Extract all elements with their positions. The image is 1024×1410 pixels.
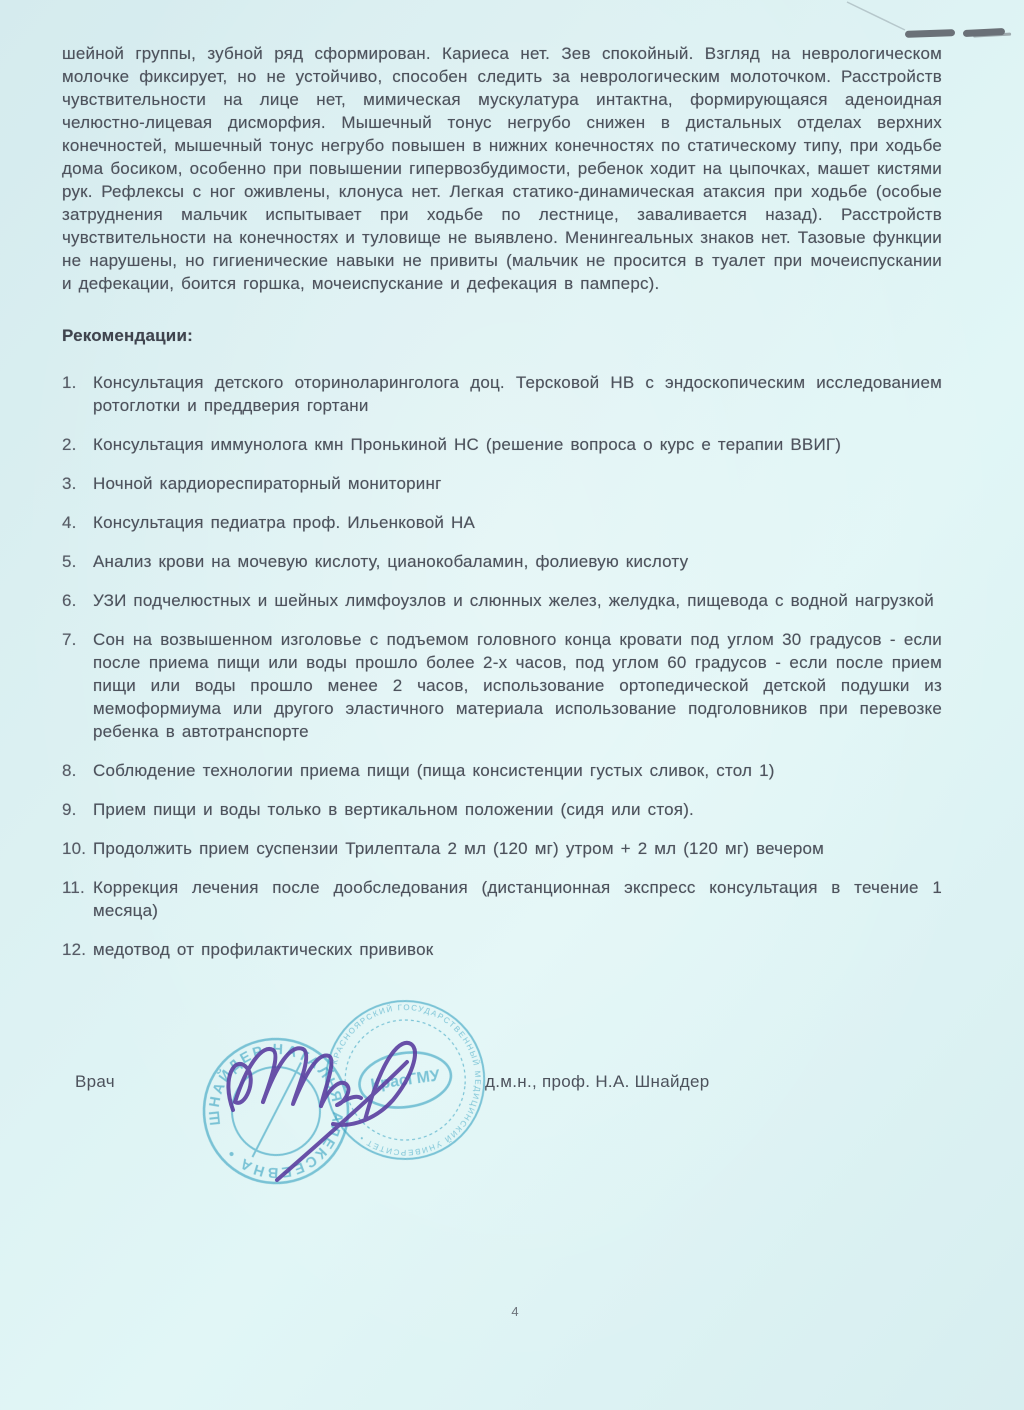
scan-scratch-line: [845, 0, 915, 34]
recommendation-item: 8. Соблюдение технологии приема пищи (пи…: [62, 759, 942, 782]
item-number: 3.: [62, 472, 93, 495]
item-number: 12.: [62, 938, 93, 961]
item-text: Продолжить прием суспензии Трилептала 2 …: [93, 837, 942, 860]
recommendation-item: 7. Сон на возвышенном изголовье с подъем…: [62, 628, 942, 743]
doctor-label: Врач: [75, 1072, 115, 1092]
item-text: Коррекция лечения после дообследования (…: [93, 876, 942, 922]
item-number: 6.: [62, 589, 93, 612]
recommendation-item: 1. Консультация детского оториноларингол…: [62, 371, 942, 417]
item-number: 10.: [62, 837, 93, 860]
scanned-document-page: шейной группы, зубной ряд сформирован. К…: [0, 0, 1024, 1410]
recommendation-item: 10. Продолжить прием суспензии Трилептал…: [62, 837, 942, 860]
item-number: 11.: [62, 876, 93, 922]
recommendation-item: 2. Консультация иммунолога кмн Пронькино…: [62, 433, 942, 456]
clinical-findings-paragraph: шейной группы, зубной ряд сформирован. К…: [62, 42, 942, 295]
item-number: 8.: [62, 759, 93, 782]
item-text: Сон на возвышенном изголовье с подъемом …: [93, 628, 942, 743]
recommendation-item: 12. медотвод от профилактических прививо…: [62, 938, 942, 961]
recommendation-item: 6. УЗИ подчелюстных и шейных лимфоузлов …: [62, 589, 942, 612]
item-number: 5.: [62, 550, 93, 573]
item-text: УЗИ подчелюстных и шейных лимфоузлов и с…: [93, 589, 942, 612]
item-text: Консультация детского оториноларинголога…: [93, 371, 942, 417]
recommendation-item: 9. Прием пищи и воды только в вертикальн…: [62, 798, 942, 821]
recommendations-heading: Рекомендации:: [62, 324, 942, 347]
doctor-signature: [215, 1028, 450, 1200]
item-number: 9.: [62, 798, 93, 821]
recommendation-item: 5. Анализ крови на мочевую кислоту, циан…: [62, 550, 942, 573]
scan-artifact-dash: [963, 28, 1005, 37]
doctor-name: д.м.н., проф. Н.А. Шнайдер: [485, 1072, 710, 1092]
scan-artifact-dash: [905, 29, 955, 38]
item-text: Прием пищи и воды только в вертикальном …: [93, 798, 942, 821]
item-text: Консультация педиатра проф. Ильенковой Н…: [93, 511, 942, 534]
item-text: медотвод от профилактических прививок: [93, 938, 942, 961]
item-text: Анализ крови на мочевую кислоту, цианоко…: [93, 550, 942, 573]
item-number: 7.: [62, 628, 93, 743]
recommendations-list: 1. Консультация детского оториноларингол…: [62, 371, 942, 961]
item-text: Ночной кардиореспираторный мониторинг: [93, 472, 942, 495]
document-body: шейной группы, зубной ряд сформирован. К…: [62, 42, 942, 977]
recommendation-item: 4. Консультация педиатра проф. Ильенково…: [62, 511, 942, 534]
item-number: 2.: [62, 433, 93, 456]
item-text: Консультация иммунолога кмн Пронькиной Н…: [93, 433, 942, 456]
item-text: Соблюдение технологии приема пищи (пища …: [93, 759, 942, 782]
recommendation-item: 11. Коррекция лечения после дообследован…: [62, 876, 942, 922]
item-number: 4.: [62, 511, 93, 534]
item-number: 1.: [62, 371, 93, 417]
recommendation-item: 3. Ночной кардиореспираторный мониторинг: [62, 472, 942, 495]
page-number: 4: [500, 1304, 530, 1319]
